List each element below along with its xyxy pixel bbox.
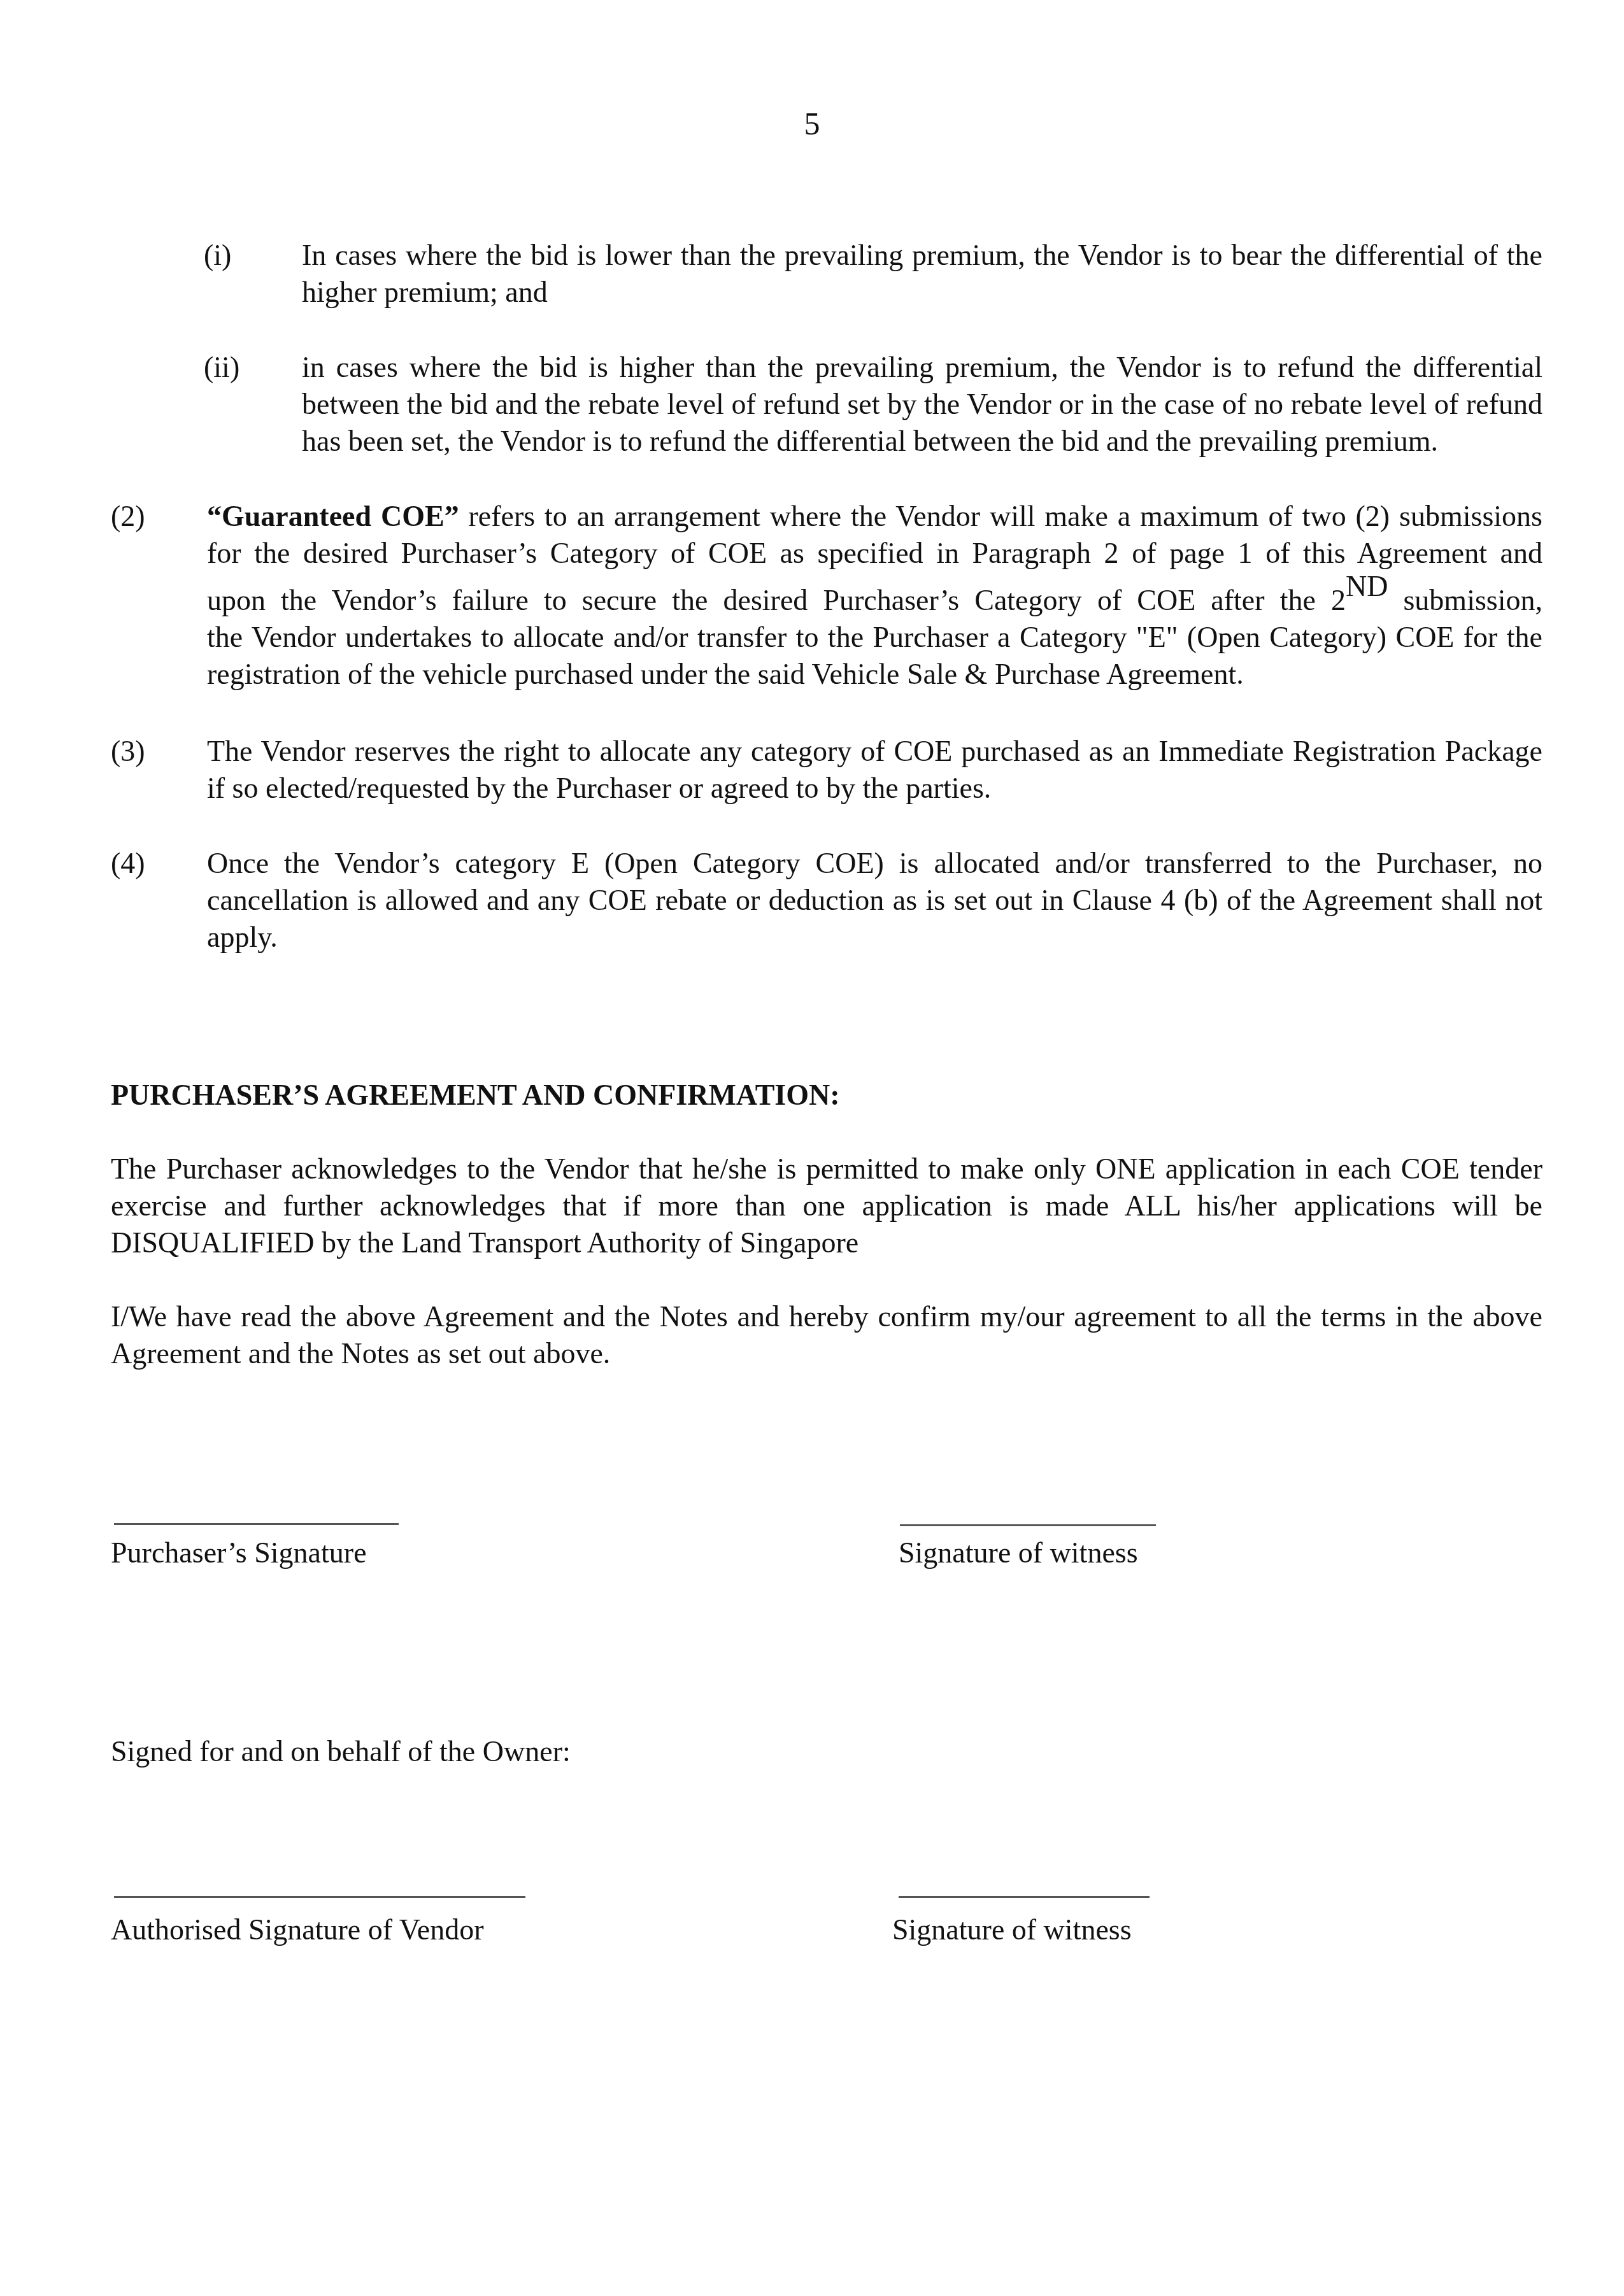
ordinal-superscript: ND xyxy=(1346,570,1388,602)
confirmation-heading: PURCHASER’S AGREEMENT AND CONFIRMATION: xyxy=(111,1077,840,1114)
text-line: The Purchaser acknowledges to the Vendor… xyxy=(111,1151,1542,1187)
text-line: I/We have read the above Agreement and t… xyxy=(111,1298,1542,1335)
text-line: cancellation is allowed and any COE reba… xyxy=(207,882,1542,919)
witness-signature-line-1[interactable] xyxy=(900,1524,1156,1526)
text-line: for the desired Purchaser’s Category of … xyxy=(207,535,1542,572)
text-line: upon the Vendor’s failure to secure the … xyxy=(207,582,1542,619)
text-span: upon the Vendor’s failure to secure the … xyxy=(207,584,1346,616)
text-line: between the bid and the rebate level of … xyxy=(302,386,1542,423)
clause-4-marker: (4) xyxy=(111,845,145,882)
witness-signature-line-2[interactable] xyxy=(899,1896,1150,1898)
sub-item-ii-marker: (ii) xyxy=(204,349,239,386)
owner-caption: Signed for and on behalf of the Owner: xyxy=(111,1733,571,1770)
text-line: registration of the vehicle purchased un… xyxy=(207,656,1542,693)
text-line: “Guaranteed COE” refers to an arrangemen… xyxy=(207,498,1542,535)
clause-2-text: “Guaranteed COE” refers to an arrangemen… xyxy=(207,498,1542,693)
purchaser-signature-label: Purchaser’s Signature xyxy=(111,1534,367,1571)
clause-3-marker: (3) xyxy=(111,733,145,770)
text-line: in cases where the bid is higher than th… xyxy=(302,349,1542,386)
text-line: apply. xyxy=(207,919,1542,956)
text-line: The Vendor reserves the right to allocat… xyxy=(207,733,1542,770)
text-line: higher premium; and xyxy=(302,274,1542,311)
text-line: DISQUALIFIED by the Land Transport Autho… xyxy=(111,1224,1542,1261)
text-line: the Vendor undertakes to allocate and/or… xyxy=(207,619,1542,656)
witness-signature-label-2: Signature of witness xyxy=(892,1911,1132,1948)
text-line: Once the Vendor’s category E (Open Categ… xyxy=(207,845,1542,882)
page-number: 5 xyxy=(0,105,1624,142)
vendor-signature-label: Authorised Signature of Vendor xyxy=(111,1911,484,1948)
text-line: In cases where the bid is lower than the… xyxy=(302,237,1542,274)
text-span: submission, xyxy=(1388,584,1542,616)
vendor-signature-line[interactable] xyxy=(114,1896,525,1898)
clause-4-text: Once the Vendor’s category E (Open Categ… xyxy=(207,845,1542,956)
clause-3-text: The Vendor reserves the right to allocat… xyxy=(207,733,1542,807)
purchaser-signature-line[interactable] xyxy=(114,1523,399,1525)
text-span: refers to an arrangement where the Vendo… xyxy=(459,500,1542,532)
text-line: has been set, the Vendor is to refund th… xyxy=(302,423,1542,460)
acknowledgement-paragraph: The Purchaser acknowledges to the Vendor… xyxy=(111,1151,1542,1261)
text-line: Agreement and the Notes as set out above… xyxy=(111,1335,1542,1372)
confirmation-paragraph: I/We have read the above Agreement and t… xyxy=(111,1298,1542,1372)
sub-item-i-marker: (i) xyxy=(204,237,231,274)
witness-signature-label-1: Signature of witness xyxy=(899,1534,1138,1571)
text-line: if so elected/requested by the Purchaser… xyxy=(207,770,1542,807)
guaranteed-coe-term: “Guaranteed COE” xyxy=(207,500,459,532)
clause-2-marker: (2) xyxy=(111,498,145,535)
sub-item-i-text: In cases where the bid is lower than the… xyxy=(302,237,1542,311)
sub-item-ii-text: in cases where the bid is higher than th… xyxy=(302,349,1542,460)
text-line: exercise and further acknowledges that i… xyxy=(111,1187,1542,1224)
